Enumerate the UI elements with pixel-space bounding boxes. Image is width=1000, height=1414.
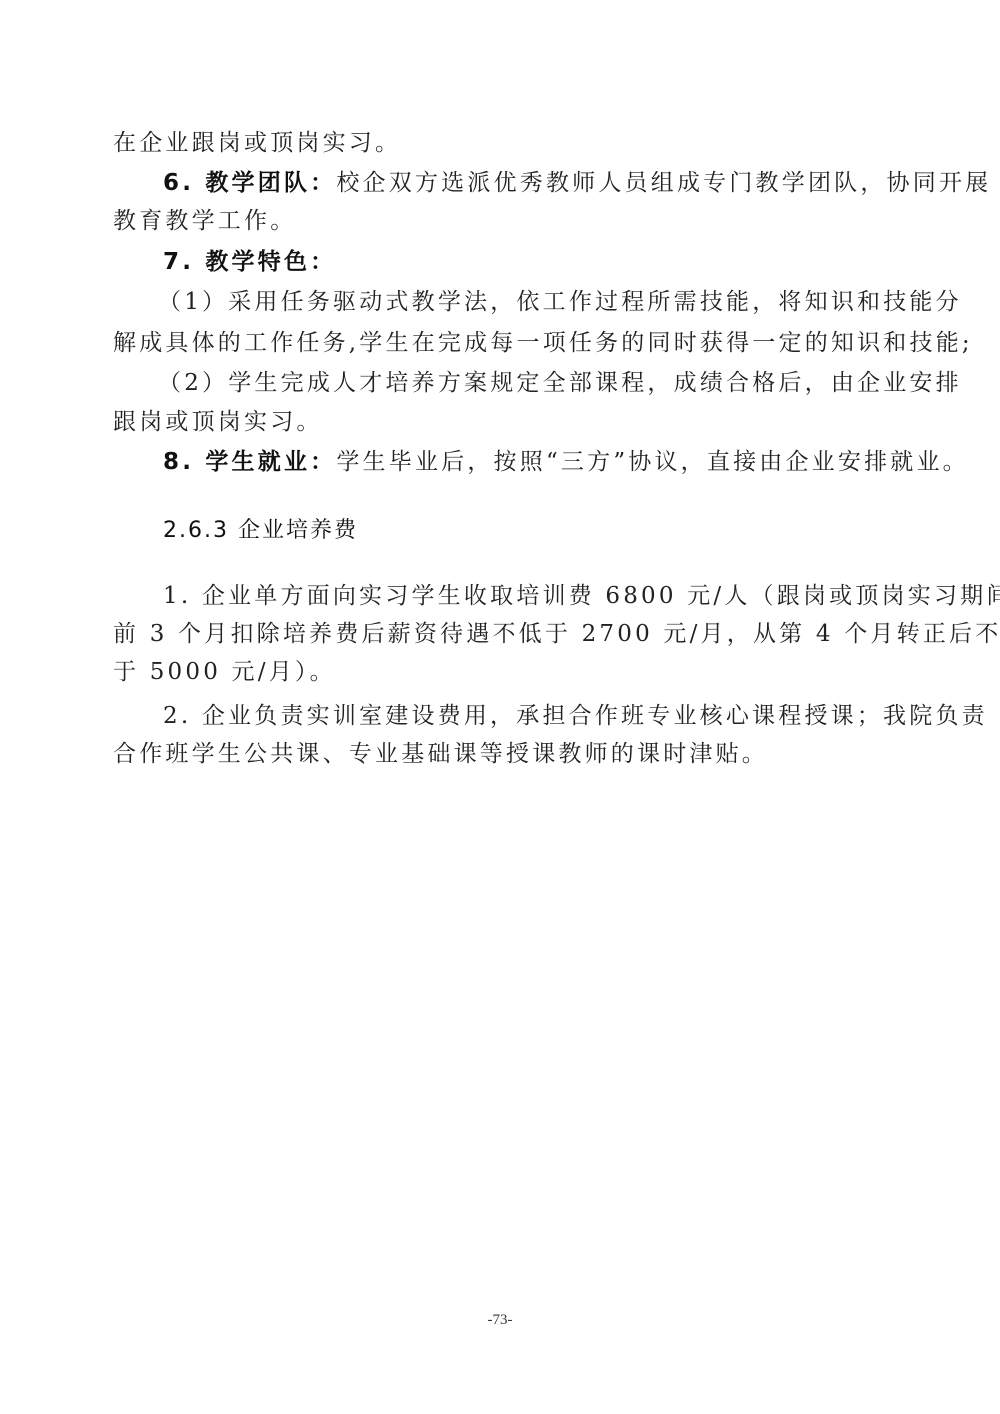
body-text: 校企双方选派优秀教师人员组成专门教学团队，协同开展 — [336, 170, 991, 196]
item-label-teaching-team: 6. 教学团队： — [163, 170, 336, 196]
body-text: 教育教学工作。 — [113, 208, 296, 234]
item-label-teaching-features: 7. 教学特色： — [163, 249, 336, 275]
paragraph-line: 教育教学工作。 — [113, 207, 888, 235]
paragraph-line: 8. 学生就业：学生毕业后，按照“三方”协议，直接由企业安排就业。 — [163, 448, 888, 476]
paragraph-line: （2）学生完成人才培养方案规定全部课程，成绩合格后，由企业安排 — [158, 369, 888, 397]
body-text: 前 3 个月扣除培养费后薪资待遇不低于 2700 元/月，从第 4 个月转正后不… — [113, 621, 1000, 647]
paragraph-line: 跟岗或顶岗实习。 — [113, 408, 888, 436]
body-text: 1. 企业单方面向实习学生收取培训费 6800 元/人（跟岗或顶岗实习期间， — [163, 583, 1000, 609]
document-page: 在企业跟岗或顶岗实习。 6. 教学团队：校企双方选派优秀教师人员组成专门教学团队… — [0, 0, 1000, 1414]
body-text: 解成具体的工作任务,学生在完成每一项任务的同时获得一定的知识和技能; — [113, 330, 973, 356]
paragraph-line: 在企业跟岗或顶岗实习。 — [113, 129, 888, 157]
body-text: 学生毕业后，按照“三方”协议，直接由企业安排就业。 — [336, 449, 969, 475]
body-text: 2. 企业负责实训室建设费用，承担合作班专业核心课程授课；我院负责 — [163, 703, 988, 729]
paragraph-line: （1）采用任务驱动式教学法，依工作过程所需技能，将知识和技能分 — [158, 288, 888, 316]
paragraph-line: 2. 企业负责实训室建设费用，承担合作班专业核心课程授课；我院负责 — [163, 702, 888, 730]
body-text: （1）采用任务驱动式教学法，依工作过程所需技能，将知识和技能分 — [158, 289, 962, 315]
section-heading: 2.6.3 企业培养费 — [163, 517, 358, 545]
body-text: （2）学生完成人才培养方案规定全部课程，成绩合格后，由企业安排 — [158, 370, 962, 396]
body-text: 在企业跟岗或顶岗实习。 — [113, 130, 401, 156]
body-text: 合作班学生公共课、专业基础课等授课教师的课时津贴。 — [113, 741, 768, 767]
paragraph-line: 合作班学生公共课、专业基础课等授课教师的课时津贴。 — [113, 740, 888, 768]
paragraph-line: 前 3 个月扣除培养费后薪资待遇不低于 2700 元/月，从第 4 个月转正后不… — [113, 620, 888, 648]
page-number: -73- — [0, 1312, 1000, 1329]
body-text: 于 5000 元/月）。 — [113, 659, 336, 685]
paragraph-line: 1. 企业单方面向实习学生收取培训费 6800 元/人（跟岗或顶岗实习期间， — [163, 582, 888, 610]
body-text: 跟岗或顶岗实习。 — [113, 409, 323, 435]
paragraph-line: 6. 教学团队：校企双方选派优秀教师人员组成专门教学团队，协同开展 — [163, 169, 888, 197]
paragraph-line: 7. 教学特色： — [163, 248, 888, 276]
paragraph-line: 解成具体的工作任务,学生在完成每一项任务的同时获得一定的知识和技能; — [113, 329, 888, 357]
paragraph-line: 于 5000 元/月）。 — [113, 658, 888, 686]
item-label-student-employment: 8. 学生就业： — [163, 449, 336, 475]
